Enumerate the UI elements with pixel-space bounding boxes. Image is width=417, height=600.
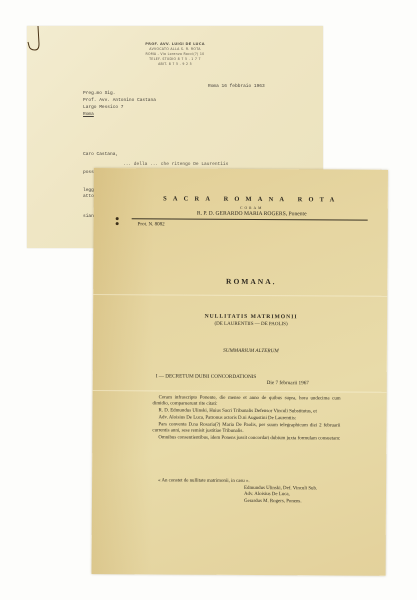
doubt-formula: « An constet de nullitate matrimonii, in… [158,478,250,484]
letterhead-phone-home: ABIT. 8 7 5 . 9 2 5 [27,62,323,67]
letterhead: PROF. AVV. LUIGI DE LUCA AVVOCATO ALLA S… [27,42,323,67]
punch-hole [116,222,119,225]
recipient-line: Largo Messico 7 [83,104,156,111]
decree-body: Coram infrascripto Ponente, die mense et… [152,395,340,443]
recipient-line: Prof. Avv. Antonino Castana [83,97,156,104]
decree-paragraph: Pars conventa D.na Rosaria(?) Maria De P… [152,422,340,436]
decree-paragraph: Omnibus consentientibus, idem Ponens jus… [152,436,340,443]
recipient-line: Preg.mo Sig. [83,90,156,97]
body-fragment: legg [83,188,94,193]
paper-stain [92,168,154,574]
body-fragment-partial: ... della ... che ritengo De Laurentiis [123,162,228,167]
punch-hole [116,217,119,220]
body-fragment: sian [83,214,94,219]
body-fragment: poss [83,170,94,175]
document-title: ROMANA. [93,276,387,287]
salutation: Caro Castana, [83,152,118,157]
header-divider [132,218,368,220]
letter-date: Roma 16 febbraio 1963 [208,84,318,89]
section-heading: I — DECRETUM DUBII CONCORDATIONIS [156,373,257,380]
body-fragment: atto [83,194,94,199]
protocol-number: Prot. N. 8082 [138,222,165,227]
section-date: Die 7 februarii 1967 [267,380,309,386]
recipient-address: Preg.mo Sig. Prof. Avv. Antonino Castana… [83,90,156,118]
signature-line: Gerardus M. Rogers, Ponens. [244,499,317,506]
decree-paragraph: Coram infrascripto Ponente, die mense et… [153,395,341,409]
rota-document: SACRA ROMANA ROTA CORAM R. P. D. GERARDO… [92,168,388,576]
signatures: Edmundus Ulinski, Def. Vinculi Sub. Adv.… [244,486,317,505]
recipient-line: Roma [83,111,156,118]
